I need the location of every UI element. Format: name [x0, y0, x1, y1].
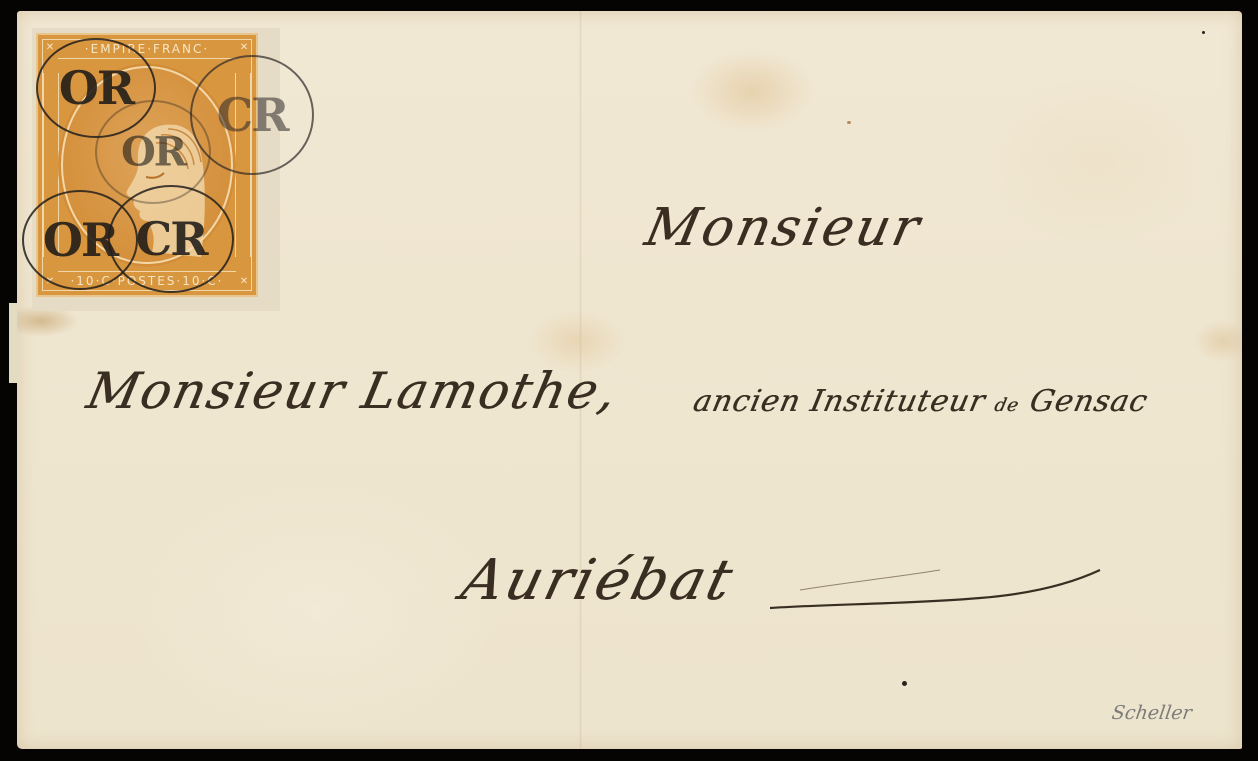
paper-speck	[1202, 31, 1205, 34]
paper-speck	[902, 681, 907, 686]
salutation-line: Monsieur	[640, 198, 927, 258]
recipient-title: ancien Instituteur	[690, 384, 989, 419]
pencil-signature: Scheller	[1110, 702, 1193, 724]
cancellation-postmark: CR	[108, 185, 234, 293]
recipient-title-line: ancien Instituteur de Gensac	[690, 384, 1151, 419]
recipient-title-preposition: de	[992, 395, 1021, 416]
recipient-title-place: Gensac	[1027, 384, 1152, 419]
paper-speck	[847, 121, 851, 124]
stamp-corner-ornament-icon: ✕	[236, 273, 252, 291]
recipient-name-line: Monsieur Lamothe,	[82, 362, 623, 420]
destination-town: Auriébat	[455, 548, 741, 613]
underline-flourish	[770, 560, 1110, 620]
